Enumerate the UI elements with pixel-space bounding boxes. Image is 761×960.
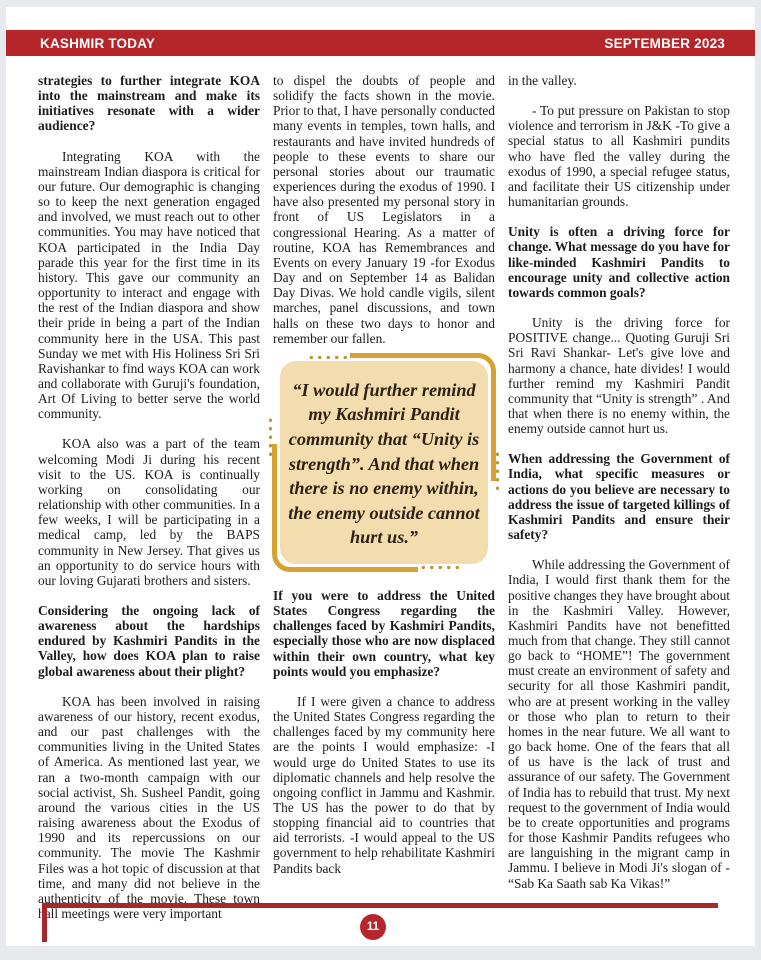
article-paragraph: If I were given a chance to address the … [273,694,495,876]
pull-quote: “I would further remind my Kashmiri Pand… [280,361,488,564]
article-paragraph: Integrating KOA with the mainstream Indi… [38,149,260,422]
interview-question-continued: strategies to further integrate KOA into… [38,73,260,134]
article-paragraph: KOA also was a part of the team welcomin… [38,436,260,588]
article-paragraph: to dispel the doubts of people and solid… [273,73,495,346]
page-number-badge: 11 [360,914,386,940]
article-body: strategies to further integrate KOA into… [38,73,730,921]
interview-question: When addressing the Government of India,… [508,451,730,542]
article-column-3: in the valley. - To put pressure on Paki… [508,73,730,921]
quote-dots-bottom [419,564,461,571]
interview-question: Considering the ongoing lack of awarenes… [38,603,260,679]
interview-question: Unity is often a driving force for chang… [508,224,730,300]
quote-dots-top [307,354,349,361]
article-paragraph: Unity is the driving force for POSITIVE … [508,315,730,436]
issue-date: SEPTEMBER 2023 [604,36,725,51]
article-column-1: strategies to further integrate KOA into… [38,73,260,921]
quote-dots-left [267,416,274,458]
header-bar: KASHMIR TODAY SEPTEMBER 2023 [6,30,755,56]
article-paragraph: - To put pressure on Pakistan to stop vi… [508,103,730,209]
quote-dots-right [494,450,501,492]
article-paragraph: in the valley. [508,73,730,88]
article-paragraph: While addressing the Government of India… [508,557,730,890]
magazine-page: KASHMIR TODAY SEPTEMBER 2023 strategies … [6,7,755,946]
interview-question: If you were to address the United States… [273,588,495,679]
pull-quote-container: “I would further remind my Kashmiri Pand… [280,361,488,564]
article-column-2: to dispel the doubts of people and solid… [273,73,495,921]
magazine-title: KASHMIR TODAY [40,36,155,51]
article-paragraph: KOA has been involved in raising awarene… [38,694,260,921]
